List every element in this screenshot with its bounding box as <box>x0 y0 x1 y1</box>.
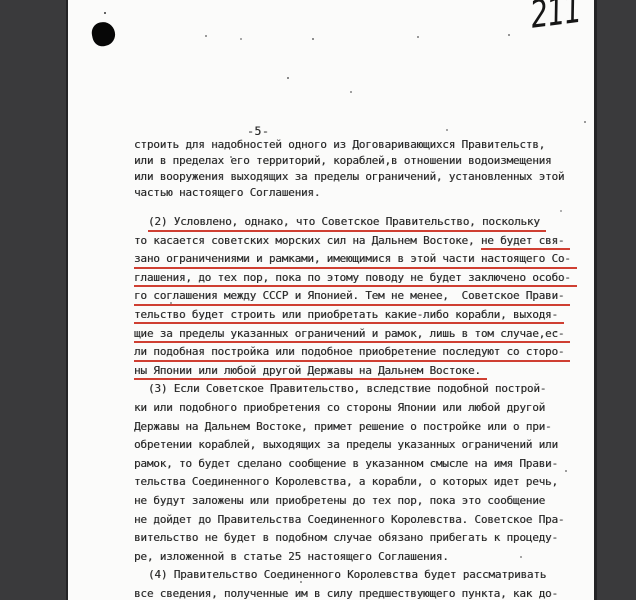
text-line: обретении кораблей, выходящих за пределы… <box>134 436 596 455</box>
red-underlined-line: го соглашения между СССР и Японией. Тем … <box>134 289 570 306</box>
line-text: вительство не будет в подобном случае об… <box>134 531 558 544</box>
document-scan-page: { "colors": { "scan_background": "#3a3a3… <box>0 0 636 600</box>
line-text: тельства Соединенного Королевства, а кор… <box>134 475 558 488</box>
paragraph-1: строить для надобностей одного из Догова… <box>134 137 596 201</box>
text-line: или вооружения выходящих за пределы огра… <box>134 169 596 185</box>
text-line: вительство не будет в подобном случае об… <box>134 529 596 548</box>
text-line: ре, изложенной в статье 25 настоящего Со… <box>134 548 596 567</box>
right-scan-background <box>594 0 636 600</box>
line-text: ки или подобного приобретения со стороны… <box>134 401 545 414</box>
paragraphs-2-4: (2) Условлено, однако, что Советское Пра… <box>134 213 596 600</box>
red-underlined-line: тельство будет строить или приобретать к… <box>134 308 564 325</box>
line-text: или в пределах его территорий, кораблей,… <box>134 154 551 167</box>
typewritten-text: строить для надобностей одного из Догова… <box>134 137 596 600</box>
line-text: (3) Если Советское Правительство, вследс… <box>148 382 546 395</box>
page-number-label: -5- <box>247 124 269 138</box>
red-underlined-line: (2) Условлено, однако, что Советское Пра… <box>148 215 546 232</box>
text-line: Державы на Дальнем Востоке, примет решен… <box>134 418 596 437</box>
text-line: не будут заложены или приобретены до тех… <box>134 492 596 511</box>
line-text: обретении кораблей, выходящих за пределы… <box>134 438 558 451</box>
text-line: ны Японии или любой другой Державы на Да… <box>134 362 596 381</box>
text-line: (2) Условлено, однако, что Советское Пра… <box>134 213 596 232</box>
text-line: тельства Соединенного Королевства, а кор… <box>134 473 596 492</box>
text-line: строить для надобностей одного из Догова… <box>134 137 596 153</box>
text-line: тельство будет строить или приобретать к… <box>134 306 596 325</box>
red-underlined-line: глашения, до тех пор, пока по этому пово… <box>134 271 577 288</box>
red-underlined-line: зано ограничениями и рамками, имеющимися… <box>134 252 577 269</box>
line-text: строить для надобностей одного из Догова… <box>134 138 545 151</box>
red-underlined-line: ли подобная постройка или подобное приоб… <box>134 345 570 362</box>
line-text: рамок, то будет сделано сообщение в указ… <box>134 457 558 470</box>
red-underlined-phrase: не будет свя- <box>481 234 571 251</box>
text-line: (3) Если Советское Правительство, вследс… <box>134 380 596 399</box>
text-line: зано ограничениями и рамками, имеющимися… <box>134 250 596 269</box>
text-line: все сведения, полученные им в силу предш… <box>134 585 596 600</box>
text-line: ки или подобного приобретения со стороны… <box>134 399 596 418</box>
handwritten-page-number: 211 <box>528 0 583 37</box>
left-scan-background <box>0 0 68 600</box>
text-line: рамок, то будет сделано сообщение в указ… <box>134 455 596 474</box>
line-text: не дойдет до Правительства Соединенного … <box>134 513 564 526</box>
line-text: не будут заложены или приобретены до тех… <box>134 494 545 507</box>
text-line: частью настоящего Соглашения. <box>134 185 596 201</box>
line-text: (4) Правительство Соединенного Королевст… <box>148 568 546 581</box>
line-text: или вооружения выходящих за пределы огра… <box>134 170 564 183</box>
line-text: Державы на Дальнем Востоке, примет решен… <box>134 420 551 433</box>
text-line: глашения, до тех пор, пока по этому пово… <box>134 269 596 288</box>
text-line: не дойдет до Правительства Соединенного … <box>134 511 596 530</box>
line-text: частью настоящего Соглашения. <box>134 186 320 199</box>
scan-dust-specks <box>0 0 2 2</box>
red-underlined-line: щие за пределы указанных ограничений и р… <box>134 327 570 344</box>
text-line: или в пределах его территорий, кораблей,… <box>134 153 596 169</box>
text-line: ли подобная постройка или подобное приоб… <box>134 343 596 362</box>
text-line: (4) Правительство Соединенного Королевст… <box>134 566 596 585</box>
text-line: го соглашения между СССР и Японией. Тем … <box>134 287 596 306</box>
line-text: то касается советских морских сил на Дал… <box>134 234 481 247</box>
ink-blot <box>90 20 117 48</box>
red-underlined-line: ны Японии или любой другой Державы на Да… <box>134 364 487 381</box>
line-text: ре, изложенной в статье 25 настоящего Со… <box>134 550 449 563</box>
ink-speck <box>104 12 106 14</box>
text-line: щие за пределы указанных ограничений и р… <box>134 325 596 344</box>
line-text: все сведения, полученные им в силу предш… <box>134 587 558 600</box>
text-line: то касается советских морских сил на Дал… <box>134 232 596 251</box>
